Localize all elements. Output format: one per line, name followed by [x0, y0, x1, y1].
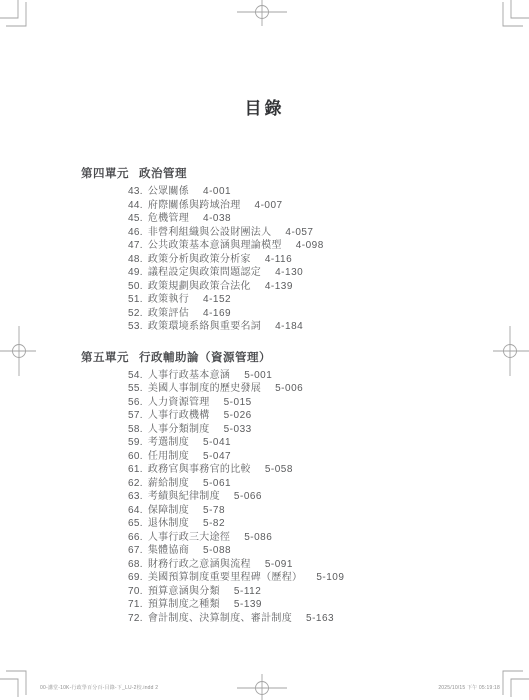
item-number: 70.	[128, 586, 143, 597]
item-title: 府際關係與跨域治理	[148, 200, 241, 211]
item-page-number: 5-066	[234, 491, 262, 502]
item-number: 63.	[128, 491, 143, 502]
item-page-number: 5-139	[234, 599, 262, 610]
item-title: 人事行政機構	[148, 410, 210, 421]
toc-entry: 50.政策規劃與政策合法化4-139	[128, 280, 491, 294]
item-number: 49.	[128, 267, 143, 278]
item-page-number: 5-015	[224, 397, 252, 408]
toc-entry: 56.人力資源管理5-015	[128, 396, 491, 410]
item-page-number: 5-058	[265, 464, 293, 475]
toc-entry: 44.府際關係與跨域治理4-007	[128, 199, 491, 213]
item-number: 54.	[128, 370, 143, 381]
item-page-number: 4-152	[203, 294, 231, 305]
toc-sections: 第四單元 政治管理 43.公眾關係4-001 44.府際關係與跨域治理4-007…	[81, 167, 491, 625]
item-page-number: 4-001	[203, 186, 231, 197]
item-page-number: 4-007	[255, 200, 283, 211]
toc-entry: 61.政務官與事務官的比較5-058	[128, 463, 491, 477]
item-number: 56.	[128, 397, 143, 408]
item-page-number: 5-001	[244, 370, 272, 381]
trim-mark-top-right	[499, 0, 529, 30]
item-number: 72.	[128, 613, 143, 624]
section-items: 43.公眾關係4-001 44.府際關係與跨域治理4-007 45.危機管理4-…	[81, 185, 491, 334]
toc-entry: 71.預算制度之種類5-139	[128, 598, 491, 612]
toc-entry: 68.財務行政之意涵與流程5-091	[128, 558, 491, 572]
item-page-number: 5-061	[203, 478, 231, 489]
item-number: 60.	[128, 451, 143, 462]
item-number: 67.	[128, 545, 143, 556]
item-page-number: 5-006	[275, 383, 303, 394]
item-number: 47.	[128, 240, 143, 251]
item-number: 64.	[128, 505, 143, 516]
item-page-number: 5-091	[265, 559, 293, 570]
footer-timestamp: 2025/10/15 下午 05:19:18	[438, 684, 500, 691]
toc-entry: 53.政策環境系絡與重要名詞4-184	[128, 320, 491, 334]
toc-entry: 48.政策分析與政策分析家4-116	[128, 253, 491, 267]
item-page-number: 5-033	[224, 424, 252, 435]
toc-entry: 51.政策執行4-152	[128, 293, 491, 307]
item-title: 人事行政基本意涵	[148, 370, 230, 381]
toc-section: 第五單元 行政輔助論（資源管理） 54.人事行政基本意涵5-001 55.美國人…	[81, 351, 491, 626]
item-page-number: 4-116	[265, 254, 292, 265]
toc-entry: 65.退休制度5-82	[128, 517, 491, 531]
item-number: 48.	[128, 254, 143, 265]
item-title: 預算制度之種類	[148, 599, 220, 610]
toc-entry: 69.美國預算制度重要里程碑（歷程）5-109	[128, 571, 491, 585]
toc-entry: 55.美國人事制度的歷史發展5-006	[128, 382, 491, 396]
registration-mark-bottom	[234, 670, 290, 700]
toc-entry: 60.任用制度5-047	[128, 450, 491, 464]
section-header: 第五單元 行政輔助論（資源管理）	[81, 351, 491, 365]
item-page-number: 4-184	[275, 321, 303, 332]
unit-title: 行政輔助論（資源管理）	[139, 351, 271, 365]
item-page-number: 4-057	[285, 227, 313, 238]
item-number: 68.	[128, 559, 143, 570]
item-number: 43.	[128, 186, 143, 197]
item-title: 非營利組織與公設財團法人	[148, 227, 272, 238]
toc-entry: 70.預算意涵與分類5-112	[128, 585, 491, 599]
toc-entry: 57.人事行政機構5-026	[128, 409, 491, 423]
item-number: 52.	[128, 308, 143, 319]
unit-label: 第四單元	[81, 167, 129, 181]
item-number: 51.	[128, 294, 143, 305]
item-title: 政策分析與政策分析家	[148, 254, 251, 265]
item-page-number: 5-026	[224, 410, 252, 421]
item-number: 45.	[128, 213, 143, 224]
item-title: 人事分類制度	[148, 424, 210, 435]
item-title: 集體協商	[148, 545, 189, 556]
item-page-number: 4-130	[275, 267, 303, 278]
registration-mark-left	[0, 323, 40, 379]
item-number: 59.	[128, 437, 143, 448]
trim-mark-bottom-right	[499, 667, 529, 697]
item-title: 政策環境系絡與重要名詞	[148, 321, 261, 332]
toc-entry: 62.薪給制度5-061	[128, 477, 491, 491]
item-page-number: 4-098	[296, 240, 324, 251]
item-page-number: 4-038	[203, 213, 231, 224]
item-number: 44.	[128, 200, 143, 211]
item-number: 65.	[128, 518, 143, 529]
toc-entry: 64.保障制度5-78	[128, 504, 491, 518]
item-title: 薪給制度	[148, 478, 189, 489]
trim-mark-top-left	[0, 0, 30, 30]
item-title: 人力資源管理	[148, 397, 210, 408]
item-title: 任用制度	[148, 451, 189, 462]
item-page-number: 5-109	[316, 572, 344, 583]
toc-section: 第四單元 政治管理 43.公眾關係4-001 44.府際關係與跨域治理4-007…	[81, 167, 491, 334]
toc-entry: 49.議程設定與政策問題認定4-130	[128, 266, 491, 280]
item-title: 政策規劃與政策合法化	[148, 281, 251, 292]
item-title: 保障制度	[148, 505, 189, 516]
item-number: 50.	[128, 281, 143, 292]
footer-filename: 00-講堂-10K-行政學百分百-目錄-下_LU-2校.indd 2	[40, 684, 158, 691]
item-number: 71.	[128, 599, 143, 610]
item-title: 議程設定與政策問題認定	[148, 267, 261, 278]
item-title: 美國預算制度重要里程碑（歷程）	[148, 572, 303, 583]
item-page-number: 5-041	[203, 437, 231, 448]
item-title: 人事行政三大途徑	[148, 532, 230, 543]
toc-entry: 59.考選制度5-041	[128, 436, 491, 450]
item-page-number: 5-112	[234, 586, 261, 597]
registration-mark-right	[489, 323, 529, 379]
toc-entry: 47.公共政策基本意涵與理論模型4-098	[128, 239, 491, 253]
item-title: 財務行政之意涵與流程	[148, 559, 251, 570]
toc-entry: 45.危機管理4-038	[128, 212, 491, 226]
toc-entry: 66.人事行政三大途徑5-086	[128, 531, 491, 545]
item-number: 58.	[128, 424, 143, 435]
item-title: 公共政策基本意涵與理論模型	[148, 240, 282, 251]
item-title: 退休制度	[148, 518, 189, 529]
item-page-number: 4-169	[203, 308, 231, 319]
item-title: 政策評估	[148, 308, 189, 319]
item-title: 預算意涵與分類	[148, 586, 220, 597]
item-page-number: 5-047	[203, 451, 231, 462]
item-number: 53.	[128, 321, 143, 332]
toc-entry: 52.政策評估4-169	[128, 307, 491, 321]
toc-entry: 54.人事行政基本意涵5-001	[128, 369, 491, 383]
page-title: 目錄	[0, 94, 529, 119]
item-number: 66.	[128, 532, 143, 543]
item-page-number: 5-82	[203, 518, 225, 529]
item-title: 危機管理	[148, 213, 189, 224]
toc-entry: 43.公眾關係4-001	[128, 185, 491, 199]
item-number: 57.	[128, 410, 143, 421]
item-title: 會計制度、決算制度、審計制度	[148, 613, 292, 624]
item-page-number: 5-088	[203, 545, 231, 556]
item-title: 公眾關係	[148, 186, 189, 197]
item-title: 考選制度	[148, 437, 189, 448]
item-page-number: 4-139	[265, 281, 293, 292]
toc-entry: 58.人事分類制度5-033	[128, 423, 491, 437]
item-number: 46.	[128, 227, 143, 238]
toc-entry: 72.會計制度、決算制度、審計制度5-163	[128, 612, 491, 626]
item-number: 55.	[128, 383, 143, 394]
toc-entry: 63.考績與紀律制度5-066	[128, 490, 491, 504]
registration-mark-top	[234, 0, 290, 30]
item-page-number: 5-086	[244, 532, 272, 543]
item-number: 61.	[128, 464, 143, 475]
toc-page: 目錄 第四單元 政治管理 43.公眾關係4-001 44.府際關係與跨域治理4-…	[0, 0, 529, 700]
trim-mark-bottom-left	[0, 667, 30, 697]
section-header: 第四單元 政治管理	[81, 167, 491, 181]
item-page-number: 5-163	[306, 613, 334, 624]
toc-entry: 67.集體協商5-088	[128, 544, 491, 558]
item-page-number: 5-78	[203, 505, 225, 516]
item-title: 政務官與事務官的比較	[148, 464, 251, 475]
item-title: 美國人事制度的歷史發展	[148, 383, 261, 394]
item-title: 政策執行	[148, 294, 189, 305]
toc-entry: 46.非營利組織與公設財團法人4-057	[128, 226, 491, 240]
unit-label: 第五單元	[81, 351, 129, 365]
section-items: 54.人事行政基本意涵5-001 55.美國人事制度的歷史發展5-006 56.…	[81, 369, 491, 626]
item-number: 62.	[128, 478, 143, 489]
item-number: 69.	[128, 572, 143, 583]
unit-title: 政治管理	[139, 167, 187, 181]
item-title: 考績與紀律制度	[148, 491, 220, 502]
